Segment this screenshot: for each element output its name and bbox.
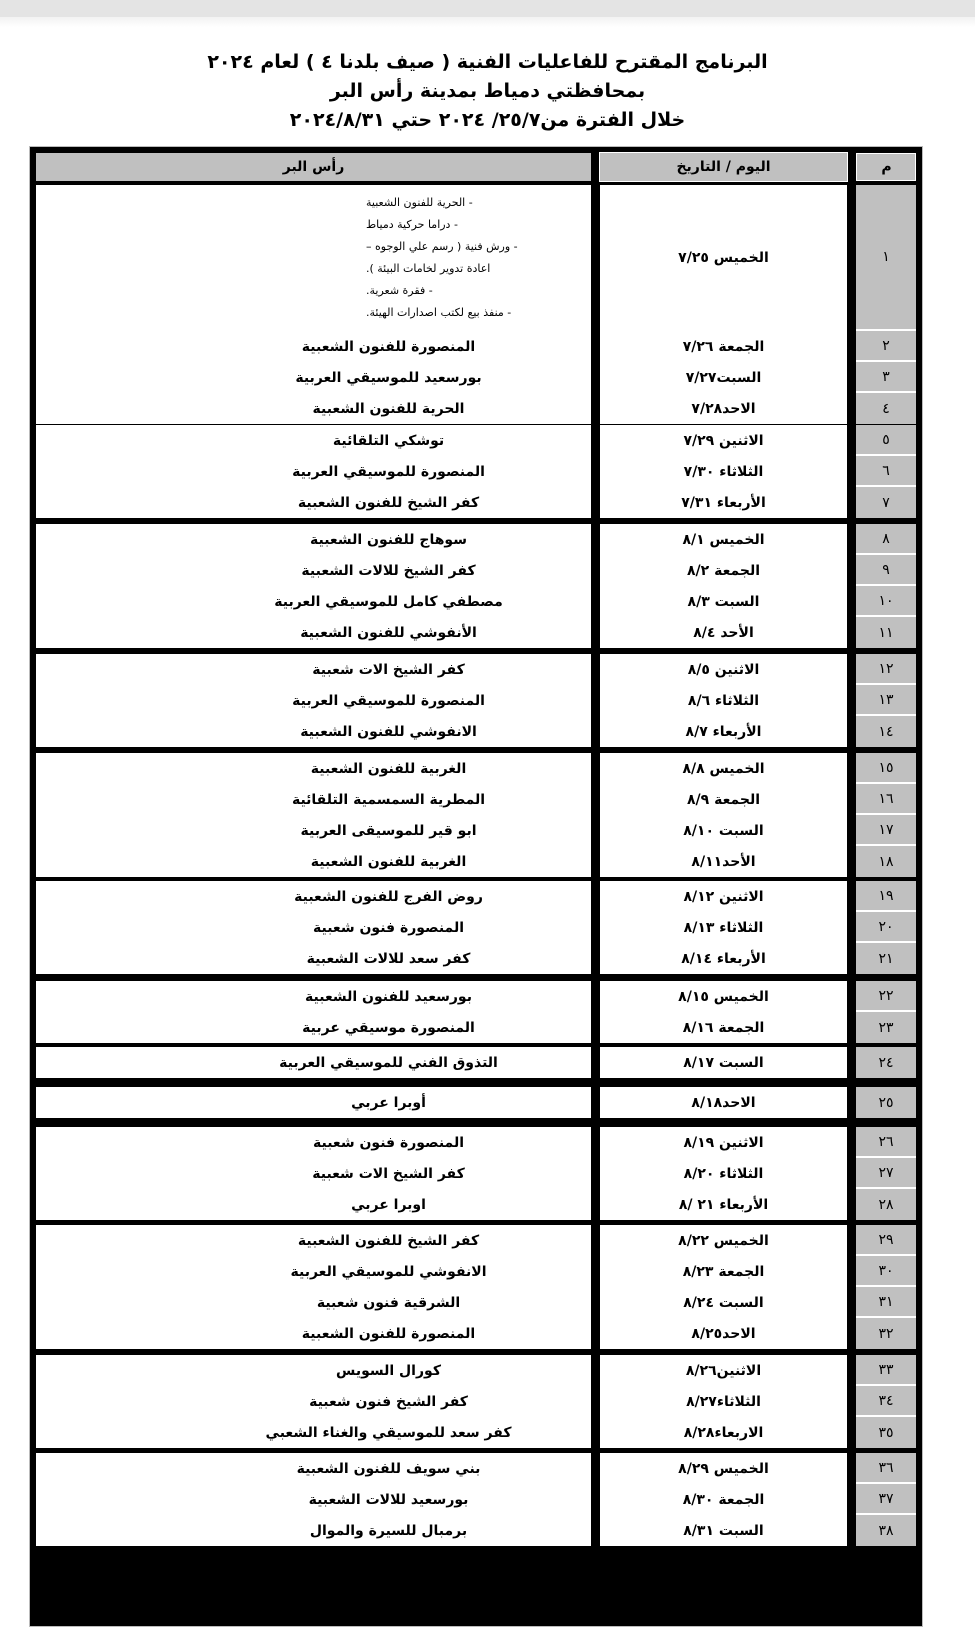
row-activity: المنصورة للموسيقي العربية: [36, 685, 591, 716]
row-activity: المنصورة للموسيقي العربية: [36, 456, 591, 487]
row-activity: كفر الشيخ للفنون الشعبية: [36, 487, 591, 518]
schedule-group: ٢٩٣٠٣١٣٢الخميس ٨/٢٢الجمعة ٨/٢٣السبت ٨/٢٤…: [36, 1225, 916, 1349]
row-number: ٨: [856, 524, 916, 555]
row-activity: الشرقية فنون شعبية: [36, 1287, 591, 1318]
row-date: الثلاثاء ٧/٣٠: [600, 456, 847, 487]
row-date: الأربعاء ٨/١٤: [600, 943, 847, 974]
number-column: ١٢٣٤: [856, 185, 916, 424]
row-date: الجمعة ٧/٢٦: [600, 331, 847, 362]
date-column: الخميس ٨/٨الجمعة ٨/٩السبت ٨/١٠الأحد٨/١١: [600, 753, 847, 877]
top-bar: [0, 0, 975, 17]
row-number: ١٣: [856, 685, 916, 716]
number-column: ١٥١٦١٧١٨: [856, 753, 916, 877]
number-column: ٣٣٣٤٣٥: [856, 1355, 916, 1448]
activity-bullet: - ورش فنية ( رسم علي الوجوه –: [366, 236, 518, 258]
title-line-2: بمحافظتي دمياط بمدينة رأس البر: [0, 77, 975, 106]
row-activity: بورسعيد للالات الشعبية: [36, 1484, 591, 1515]
row-date: السبت ٨/٣١: [600, 1515, 847, 1546]
date-column: الخميس ٨/٢٩الجمعة ٨/٣٠السبت ٨/٣١: [600, 1453, 847, 1546]
date-column: السبت ٨/١٧: [600, 1047, 847, 1078]
row-activity: كفر الشيخ الات شعبية: [36, 1158, 591, 1189]
row-activity: كورال السويس: [36, 1355, 591, 1386]
row-activity: سوهاج للفنون الشعبية: [36, 524, 591, 555]
row-activity: أوبرا عربي: [36, 1087, 591, 1118]
row-activity: التذوق الفني للموسيقي العربية: [36, 1047, 591, 1078]
activity-bullet: - فقرة شعرية.: [366, 280, 433, 302]
row-date: الاثنين ٨/٥: [600, 654, 847, 685]
number-column: ٢٤: [856, 1047, 916, 1078]
row-date: الثلاثاء ٨/٦: [600, 685, 847, 716]
number-column: ٨٩١٠١١: [856, 524, 916, 648]
row-number: ٢٩: [856, 1225, 916, 1256]
row-activity: كفر سعد للالات الشعبية: [36, 943, 591, 974]
row-number: ٣١: [856, 1287, 916, 1318]
row-number: ١٧: [856, 815, 916, 846]
row-number: ٢٢: [856, 981, 916, 1012]
schedule-group: ٢٥الاحد٨/١٨أوبرا عربي: [36, 1087, 916, 1118]
row-number: ١٠: [856, 586, 916, 617]
row-number: ١١: [856, 617, 916, 648]
date-column: الخميس ٨/١٥الجمعة ٨/١٦: [600, 981, 847, 1043]
activity-column: روض الفرج للفنون الشعبيةالمنصورة فنون شع…: [36, 881, 591, 974]
row-number: ٢١: [856, 943, 916, 974]
schedule-group: ٣٣٣٤٣٥الاثنين٨/٢٦الثلاثاء٨/٢٧الاربعاء٨/٢…: [36, 1355, 916, 1448]
row-date: الاثنين ٨/١٩: [600, 1127, 847, 1158]
row-date: الاثنين٨/٢٦: [600, 1355, 847, 1386]
row-date: الاربعاء٨/٢٨: [600, 1417, 847, 1448]
row-date: السبت٧/٢٧: [600, 362, 847, 393]
top-bar-shadow: [0, 17, 975, 27]
activity-bullet: - الحرية للفنون الشعبية: [366, 192, 473, 214]
row-activity: كفر الشيخ للالات الشعبية: [36, 555, 591, 586]
row-number: ٣٤: [856, 1386, 916, 1417]
row-number: ١٨: [856, 846, 916, 877]
number-column: ٢٩٣٠٣١٣٢: [856, 1225, 916, 1349]
schedule-group: ٣٦٣٧٣٨الخميس ٨/٢٩الجمعة ٨/٣٠السبت ٨/٣١بن…: [36, 1453, 916, 1546]
row-number: ٣: [856, 362, 916, 393]
activity-column: بورسعيد للفنون الشعبيةالمنصورة موسيقي عر…: [36, 981, 591, 1043]
number-column: ٥٦٧: [856, 425, 916, 518]
schedule-group: ٥٦٧الاثنين ٧/٢٩الثلاثاء ٧/٣٠الأربعاء ٧/٣…: [36, 425, 916, 518]
activity-column: - الحرية للفنون الشعبية- دراما حركية دمي…: [36, 185, 591, 424]
number-column: ٢٢٢٣: [856, 981, 916, 1043]
row-date: الاحد٧/٢٨: [600, 393, 847, 424]
row-date: الخميس ٨/٨: [600, 753, 847, 784]
row-number: ٣٦: [856, 1453, 916, 1484]
row-number: ١٢: [856, 654, 916, 685]
row-date: الخميس ٧/٢٥: [600, 185, 847, 331]
row-activity: توشكي التلقائية: [36, 425, 591, 456]
row-date: الجمعة ٨/٩: [600, 784, 847, 815]
date-column: الخميس ٨/٢٢الجمعة ٨/٢٣السبت ٨/٢٤الاحد٨/٢…: [600, 1225, 847, 1349]
row-activity: الانفوشي للفنون الشعبية: [36, 716, 591, 747]
row-activity: اوبرا عربي: [36, 1189, 591, 1220]
row-date: الجمعة ٨/٣٠: [600, 1484, 847, 1515]
date-column: الاثنين ٧/٢٩الثلاثاء ٧/٣٠الأربعاء ٧/٣١: [600, 425, 847, 518]
row-number: ٣٠: [856, 1256, 916, 1287]
row-number: ١٦: [856, 784, 916, 815]
date-column: الخميس ٧/٢٥الجمعة ٧/٢٦السبت٧/٢٧الاحد٧/٢٨: [600, 185, 847, 424]
row-activity: ابو قير للموسيقى العربية: [36, 815, 591, 846]
row-number: ٢٦: [856, 1127, 916, 1158]
number-column: ٣٦٣٧٣٨: [856, 1453, 916, 1546]
row-number: ٧: [856, 487, 916, 518]
activity-column: بني سويف للفنون الشعبيةبورسعيد للالات ال…: [36, 1453, 591, 1546]
document-title: البرنامج المقترح للفاعليات الفنية ( صيف …: [0, 48, 975, 135]
activity-column: كورال السويسكفر الشيخ فنون شعبيةكفر سعد …: [36, 1355, 591, 1448]
row-date: السبت ٨/١٠: [600, 815, 847, 846]
row-number: ٣٨: [856, 1515, 916, 1546]
table-header-row: م اليوم / التاريخ رأس البر: [36, 153, 916, 181]
row-date: الأحد٨/١١: [600, 846, 847, 877]
row-date: الاحد٨/٢٥: [600, 1318, 847, 1349]
date-column: الاثنين ٨/١٢الثلاثاء ٨/١٣الأربعاء ٨/١٤: [600, 881, 847, 974]
row-activity: المطرية السمسمية التلقائية: [36, 784, 591, 815]
row-number: ٣٣: [856, 1355, 916, 1386]
row-date: الأربعاء ٨/٧: [600, 716, 847, 747]
row-date: الخميس ٨/٢٢: [600, 1225, 847, 1256]
activity-column: التذوق الفني للموسيقي العربية: [36, 1047, 591, 1078]
row-activity: الغربية للفنون الشعبية: [36, 753, 591, 784]
row-activity: برمبال للسيرة والموال: [36, 1515, 591, 1546]
row-activity: بورسعيد للفنون الشعبية: [36, 981, 591, 1012]
row-activity: الغربية للفنون الشعبية: [36, 846, 591, 877]
number-column: ١٩٢٠٢١: [856, 881, 916, 974]
activity-bullet: - منفذ بيع لكتب اصدارات الهيئة.: [366, 302, 511, 324]
row-date: الأربعاء ٢١ /٨: [600, 1189, 847, 1220]
row-number: ٥: [856, 425, 916, 456]
schedule-group: ١٢١٣١٤الاثنين ٨/٥الثلاثاء ٨/٦الأربعاء ٨/…: [36, 654, 916, 747]
row-activity: بني سويف للفنون الشعبية: [36, 1453, 591, 1484]
row-number: ٢٨: [856, 1189, 916, 1220]
row-date: الثلاثاء٨/٢٧: [600, 1386, 847, 1417]
row-number: ٢٥: [856, 1087, 916, 1118]
activity-column: كفر الشيخ الات شعبيةالمنصورة للموسيقي ال…: [36, 654, 591, 747]
row-date: الاثنين ٧/٢٩: [600, 425, 847, 456]
row-number: ٢٠: [856, 912, 916, 943]
date-column: الخميس ٨/١الجمعة ٨/٢السبت ٨/٣الأحد ٨/٤: [600, 524, 847, 648]
row-activity: كفر الشيخ فنون شعبية: [36, 1386, 591, 1417]
row-activity: الأنفوشي للفنون الشعبية: [36, 617, 591, 648]
row-activity: روض الفرج للفنون الشعبية: [36, 881, 591, 912]
row-number: ٢٣: [856, 1012, 916, 1043]
schedule-group: ١٢٣٤الخميس ٧/٢٥الجمعة ٧/٢٦السبت٧/٢٧الاحد…: [36, 185, 916, 424]
schedule-sheet: م اليوم / التاريخ رأس البر ١٢٣٤الخميس ٧/…: [30, 147, 922, 1626]
row-number: ٣٥: [856, 1417, 916, 1448]
activity-bullet: - دراما حركية دمياط: [366, 214, 458, 236]
number-column: ١٢١٣١٤: [856, 654, 916, 747]
schedule-group: ١٥١٦١٧١٨الخميس ٨/٨الجمعة ٨/٩السبت ٨/١٠ال…: [36, 753, 916, 877]
activity-column: سوهاج للفنون الشعبيةكفر الشيخ للالات الش…: [36, 524, 591, 648]
row-activity: الحرية للفنون الشعبية: [36, 393, 591, 424]
date-column: الاثنين ٨/١٩الثلاثاء ٨/٢٠الأربعاء ٢١ /٨: [600, 1127, 847, 1220]
row-number: ١٩: [856, 881, 916, 912]
schedule-group: ٨٩١٠١١الخميس ٨/١الجمعة ٨/٢السبت ٨/٣الأحد…: [36, 524, 916, 648]
date-column: الاحد٨/١٨: [600, 1087, 847, 1118]
schedule-group: ٢٢٢٣الخميس ٨/١٥الجمعة ٨/١٦بورسعيد للفنون…: [36, 981, 916, 1043]
row-date: الاحد٨/١٨: [600, 1087, 847, 1118]
schedule-group: ٢٦٢٧٢٨الاثنين ٨/١٩الثلاثاء ٨/٢٠الأربعاء …: [36, 1127, 916, 1220]
row-date: الثلاثاء ٨/٢٠: [600, 1158, 847, 1189]
row-date: الأربعاء ٧/٣١: [600, 487, 847, 518]
row-activity: بورسعيد للموسيقي العربية: [36, 362, 591, 393]
header-activity: رأس البر: [36, 153, 591, 181]
row-activity: المنصورة فنون شعبية: [36, 1127, 591, 1158]
row-number: ٦: [856, 456, 916, 487]
row-activity: المنصورة فنون شعبية: [36, 912, 591, 943]
title-line-1: البرنامج المقترح للفاعليات الفنية ( صيف …: [0, 48, 975, 77]
number-column: ٢٦٢٧٢٨: [856, 1127, 916, 1220]
row-number: ٤: [856, 393, 916, 424]
row-number: ٢٧: [856, 1158, 916, 1189]
row-number: ١: [856, 185, 916, 331]
row-date: السبت ٨/٢٤: [600, 1287, 847, 1318]
row-date: الأحد ٨/٤: [600, 617, 847, 648]
row-activity: المنصورة موسيقي عربية: [36, 1012, 591, 1043]
row-number: ١٥: [856, 753, 916, 784]
activity-column: الغربية للفنون الشعبيةالمطرية السمسمية ا…: [36, 753, 591, 877]
number-column: ٢٥: [856, 1087, 916, 1118]
row-activity: كفر سعد للموسيقي والغناء الشعبي: [36, 1417, 591, 1448]
activity-bullet: اعادة تدوير لخامات البيئة ).: [366, 258, 490, 280]
title-line-3: خلال الفترة من٢٥/٧/ ٢٠٢٤ حتي ٢٠٢٤/٨/٣١: [0, 106, 975, 135]
activity-column: كفر الشيخ للفنون الشعبيةالانفوشي للموسيق…: [36, 1225, 591, 1349]
row-date: الاثنين ٨/١٢: [600, 881, 847, 912]
activity-column: المنصورة فنون شعبيةكفر الشيخ الات شعبيةا…: [36, 1127, 591, 1220]
row-date: السبت ٨/٣: [600, 586, 847, 617]
date-column: الاثنين ٨/٥الثلاثاء ٨/٦الأربعاء ٨/٧: [600, 654, 847, 747]
row-date: الجمعة ٨/٢: [600, 555, 847, 586]
activity-column: أوبرا عربي: [36, 1087, 591, 1118]
row-activity: المنصورة للفنون الشعبية: [36, 1318, 591, 1349]
row-date: الجمعة ٨/٢٣: [600, 1256, 847, 1287]
date-column: الاثنين٨/٢٦الثلاثاء٨/٢٧الاربعاء٨/٢٨: [600, 1355, 847, 1448]
row-date: الخميس ٨/٢٩: [600, 1453, 847, 1484]
row-activity: المنصورة للفنون الشعبية: [36, 331, 591, 362]
row-activity: كفر الشيخ للفنون الشعبية: [36, 1225, 591, 1256]
row-date: الثلاثاء ٨/١٣: [600, 912, 847, 943]
header-num: م: [856, 153, 916, 181]
row-number: ٣٧: [856, 1484, 916, 1515]
row-number: ٢٤: [856, 1047, 916, 1078]
row-number: ٢: [856, 331, 916, 362]
row-number: ١٤: [856, 716, 916, 747]
row-date: الجمعة ٨/١٦: [600, 1012, 847, 1043]
row-date: السبت ٨/١٧: [600, 1047, 847, 1078]
row-activity: الانفوشي للموسيقي العربية: [36, 1256, 591, 1287]
activity-column: توشكي التلقائيةالمنصورة للموسيقي العربية…: [36, 425, 591, 518]
row-date: الخميس ٨/١٥: [600, 981, 847, 1012]
row-date: الخميس ٨/١: [600, 524, 847, 555]
row-activity: مصطفي كامل للموسيقي العربية: [36, 586, 591, 617]
schedule-table: م اليوم / التاريخ رأس البر ١٢٣٤الخميس ٧/…: [29, 146, 923, 1627]
schedule-group: ٢٤السبت ٨/١٧التذوق الفني للموسيقي العربي…: [36, 1047, 916, 1078]
row-number: ٩: [856, 555, 916, 586]
header-date: اليوم / التاريخ: [600, 153, 847, 181]
schedule-group: ١٩٢٠٢١الاثنين ٨/١٢الثلاثاء ٨/١٣الأربعاء …: [36, 881, 916, 974]
row-activity: - الحرية للفنون الشعبية- دراما حركية دمي…: [36, 185, 591, 331]
row-number: ٣٢: [856, 1318, 916, 1349]
row-activity: كفر الشيخ الات شعبية: [36, 654, 591, 685]
